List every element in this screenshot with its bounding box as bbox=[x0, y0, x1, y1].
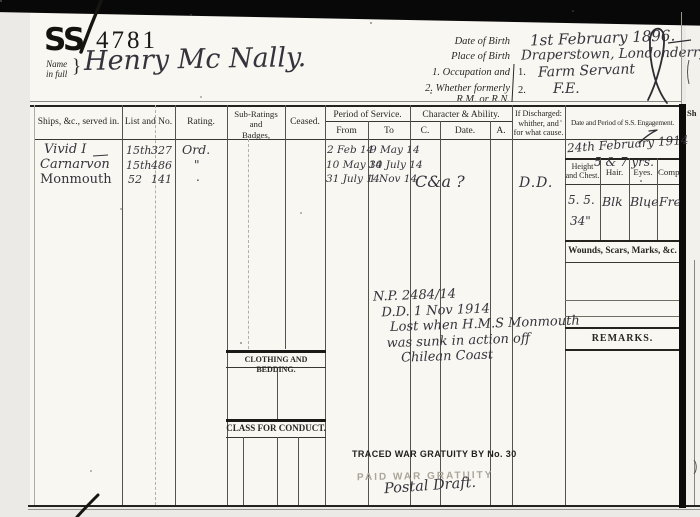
rule bbox=[243, 437, 244, 505]
hair-value: Blk bbox=[602, 194, 623, 209]
clothing-bedding-label: CLOTHING AND BEDDING. bbox=[230, 354, 323, 374]
height-value: 5. 5. bbox=[568, 193, 595, 207]
remarks-label: REMARKS. bbox=[565, 333, 680, 345]
answer2-number: 2. bbox=[518, 85, 526, 96]
rule bbox=[277, 367, 278, 419]
rule bbox=[285, 105, 286, 349]
col-discharged: If Discharged: whither, and for what cau… bbox=[512, 109, 565, 138]
formerly-value: F.E. bbox=[553, 81, 580, 97]
col-hair: Hair. bbox=[600, 167, 629, 177]
rule bbox=[565, 262, 680, 263]
occupation-label: 1. Occupation and bbox=[408, 67, 510, 78]
chest-value: 34" bbox=[570, 214, 591, 228]
row2-number: 486 bbox=[151, 159, 172, 172]
name-label: Name in full bbox=[46, 60, 67, 80]
adjacent-card-edge bbox=[686, 10, 700, 507]
col-a: A. bbox=[490, 126, 512, 137]
name-value: Henry Mc Nally. bbox=[84, 42, 307, 77]
col-subratings-l1: Sub-Ratings bbox=[234, 109, 278, 119]
row3-list: 52 bbox=[128, 173, 142, 186]
col-period: Period of Service. bbox=[325, 110, 410, 121]
col-character: Character & Ability. bbox=[410, 110, 512, 121]
name-label-line2: in full bbox=[46, 69, 67, 79]
formerly-label-line1: 2. Whether formerly bbox=[408, 83, 510, 94]
rule bbox=[226, 437, 326, 438]
series-label: SS bbox=[44, 22, 83, 58]
discharged-entry: D.D. bbox=[519, 175, 553, 191]
row3-ship: Monmouth bbox=[40, 172, 112, 187]
rule bbox=[694, 260, 695, 505]
occupation-value: Farm Servant bbox=[538, 61, 635, 80]
card-right-edge bbox=[681, 12, 682, 104]
card-bottom-edge bbox=[28, 505, 700, 507]
col-ss-engagement: Date and Period of S.S. Engagement. bbox=[565, 119, 680, 128]
rule bbox=[30, 105, 681, 107]
rule bbox=[565, 300, 680, 301]
scanned-record-card-page: SS 4781 Name in full } Henry Mc Nally. D… bbox=[0, 0, 700, 517]
row1-rating: Ord. bbox=[182, 142, 210, 157]
rule bbox=[248, 139, 249, 349]
name-label-line1: Name bbox=[46, 59, 67, 69]
traced-war-gratuity-stamp: TRACED WAR GRATUITY BY No. 30 bbox=[352, 449, 517, 460]
col-discharged-l2: whither, and bbox=[518, 119, 559, 128]
col-discharged-l3: for what cause. bbox=[514, 128, 564, 137]
row2-ship: Carnarvon bbox=[40, 157, 110, 172]
dob-label: Date of Birth bbox=[420, 36, 510, 47]
formerly-label-line2: R.M. or R.N. bbox=[430, 94, 510, 105]
col-rating: Rating. bbox=[175, 117, 227, 128]
eyes-value: Blue bbox=[630, 194, 659, 209]
rule bbox=[175, 105, 176, 505]
rule bbox=[226, 419, 326, 422]
rule bbox=[565, 316, 680, 317]
col-to: To bbox=[368, 126, 410, 137]
col-discharged-l1: If Discharged: bbox=[515, 109, 562, 118]
pob-label: Place of Birth bbox=[420, 51, 510, 62]
row2-list: 15th bbox=[126, 159, 152, 172]
row3-to: 1 Nov 14 bbox=[369, 173, 417, 185]
answer1-number: 1. bbox=[518, 67, 526, 78]
edge-fragment: Sh bbox=[687, 108, 696, 118]
row1-ship: Vivid I bbox=[44, 142, 86, 157]
row2-to: 30 July 14 bbox=[369, 159, 423, 171]
row1-to: 9 May 14 bbox=[370, 144, 420, 156]
casualty-note: N.P. 2484/14 D.D. 1 Nov 1914 Lost when H… bbox=[373, 282, 581, 367]
pob-value: Draperstown, Londonderry. bbox=[521, 44, 700, 63]
row1-number: 327 bbox=[151, 144, 172, 157]
rule bbox=[277, 437, 278, 505]
col-date: Date. bbox=[440, 126, 490, 137]
col-ceased: Ceased. bbox=[285, 117, 325, 128]
col-subratings: Sub-Ratings and Badges, bbox=[227, 109, 285, 140]
rule bbox=[565, 349, 680, 351]
rule bbox=[28, 509, 700, 510]
rule bbox=[30, 101, 681, 102]
name-brace: } bbox=[72, 56, 81, 78]
row1-list: 15th bbox=[126, 144, 152, 157]
rule bbox=[226, 350, 326, 353]
col-c: C. bbox=[410, 126, 440, 137]
rule bbox=[565, 240, 680, 242]
class-for-conduct-label: CLASS FOR CONDUCT. bbox=[226, 423, 326, 434]
col-complexion: Complexion. bbox=[658, 167, 680, 177]
scan-divider-bar bbox=[679, 104, 686, 508]
rule bbox=[34, 105, 35, 505]
row1-from: 2 Feb 14 bbox=[327, 144, 373, 156]
rule bbox=[227, 105, 228, 505]
rule bbox=[565, 184, 680, 185]
row3-rating: . bbox=[196, 170, 200, 184]
col-ships: Ships, &c., served in. bbox=[35, 117, 122, 128]
character-ability-entry: C&a ? bbox=[415, 172, 465, 191]
scan-noise bbox=[0, 0, 2, 2]
col-eyes: Eyes. bbox=[629, 167, 657, 177]
rule bbox=[565, 327, 680, 329]
row3-number: 141 bbox=[151, 173, 172, 186]
record-card bbox=[30, 10, 682, 507]
col-list-no: List and No. bbox=[122, 117, 175, 128]
wounds-label: Wounds, Scars, Marks, &c. bbox=[565, 246, 680, 257]
col-from: From bbox=[325, 126, 368, 137]
col-subratings-l2: and bbox=[250, 119, 263, 129]
col-subratings-l3: Badges, bbox=[242, 130, 270, 140]
rule bbox=[122, 105, 123, 505]
rule bbox=[298, 437, 299, 505]
complexion-value: Fresh bbox=[659, 194, 680, 209]
col-height-chest: Height and Chest. bbox=[565, 162, 600, 181]
